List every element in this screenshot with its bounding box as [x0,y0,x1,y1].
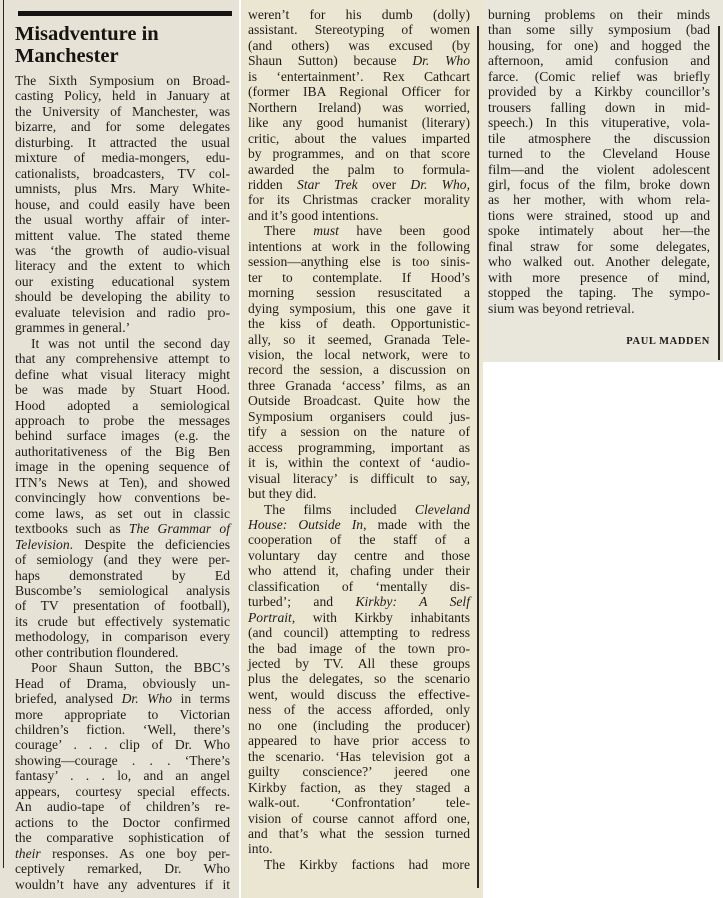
text-line: approach to probe the messages [15,413,230,428]
article-column-1: The Sixth Symposium on Broad-casting Pol… [15,73,230,892]
text-line: sium was beyond retrieval. [488,301,710,316]
text-line: An audio-tape of children’s re- [15,799,230,814]
text-line: jected by TV. All these groups [248,656,470,671]
text-line: assistant. Stereotyping of women [248,22,470,37]
paragraph: It was not until the second daythat any … [15,336,230,661]
text-line: ness of the access afforded, only [248,702,470,717]
text-line: appeared to have prior access to [248,733,470,748]
text-line: of TV presentation of football), [15,598,230,613]
text-line: the University of Manchester, was [15,104,230,119]
text-line: Buscombe’s semiological analysis [15,583,230,598]
text-line: stopped the taping. The sympo- [488,285,710,300]
text-line: but they did. [248,486,470,501]
text-line: Hood adopted a semiological [15,398,230,413]
text-line: vision of course cannot afford one, [248,811,470,826]
text-line: ter to contemplate. If Hood’s [248,270,470,285]
text-line: casting Policy, held in January at [15,88,230,103]
text-line: weren’t for his dumb (dolly) [248,7,470,22]
text-line: cationalists, broadcasters, TV col- [15,166,230,181]
headline-top-rule [18,11,232,16]
text-line: Head of Drama, obviously un- [15,676,230,691]
text-line: disturbing. It attracted the usual [15,135,230,150]
text-line: with more presence of mind, [488,270,710,285]
text-line: (and council) attempting to redress [248,625,470,640]
text-line: the usual worthy affair of inter- [15,212,230,227]
text-line: as her mother, with whom rela- [488,192,710,207]
paragraph: There must have been goodintentions at w… [248,223,470,501]
text-line: vision, the local network, were to [248,347,470,362]
text-line: evaluate television and radio pro- [15,305,230,320]
text-line: (and others) was excused (by [248,38,470,53]
text-line: ridden Star Trek over Dr. Who, [248,177,470,192]
text-line: Portrait, with Kirkby inhabitants [248,610,470,625]
text-line: actions to the Doctor confirmed [15,815,230,830]
text-line: define what visual literacy might [15,367,230,382]
text-line: than some silly symposium (bad [488,22,710,37]
text-line: mixture of media-mongers, edu- [15,150,230,165]
article-byline: PAUL MADDEN [488,336,710,347]
text-line: its crude but effectively systematic [15,614,230,629]
paragraph: The Kirkby factions had more [248,857,470,872]
text-line: fantasy’ . . . lo, and an angel [15,768,230,783]
text-line: critic, about the values imparted [248,131,470,146]
middle-column-rule [477,26,479,888]
text-line: the comparative sophistication of [15,830,230,845]
text-line: the bad image of the town pro- [248,641,470,656]
text-line: provided by a Kirkby councillor’s [488,84,710,99]
text-line: grammes in general.’ [15,320,230,335]
text-line: other contribution floundered. [15,645,230,660]
text-line: speech.) In this vituperative, vola- [488,115,710,130]
text-line: our existing educational system [15,274,230,289]
text-line: visual literacy’ is difficult to say, [248,471,470,486]
text-line: that any comprehensive attempt to [15,351,230,366]
text-line: and it’s good intentions. [248,208,470,223]
text-line: authoritativeness of the Big Ben [15,444,230,459]
text-line: children’s fiction. ‘Well, there’s [15,722,230,737]
text-line: ally, so it seemed, Granada Tele- [248,332,470,347]
text-line: wouldn’t have any adventures if it [15,877,230,892]
paragraph: weren’t for his dumb (dolly)assistant. S… [248,7,470,223]
text-line: cooperation of the staff of a [248,532,470,547]
text-line: by programmes, and on that score [248,146,470,161]
text-line: Northern Ireland) was worried, [248,100,470,115]
text-line: turned to the Cleveland House [488,146,710,161]
text-line: like any good humanist (literary) [248,115,470,130]
text-line: house, and could easily have been [15,197,230,212]
text-line: courage’ . . . clip of Dr. Who [15,737,230,752]
text-line: image in the opening sequence of [15,459,230,474]
text-line: was ‘the growth of audio-visual [15,243,230,258]
text-line: who walked out. Another delegate, [488,254,710,269]
text-line: (former IBA Regional Officer for [248,84,470,99]
text-line: The Sixth Symposium on Broad- [15,73,230,88]
text-line: tile atmosphere the discussion [488,131,710,146]
paragraph: Poor Shaun Sutton, the BBC’sHead of Dram… [15,660,230,892]
text-line: farce. (Comic relief was briefly [488,69,710,84]
text-line: textbooks such as The Grammar of [15,521,230,536]
text-line: The Kirkby factions had more [248,857,470,872]
left-column-rule [3,0,4,868]
paragraph: burning problems on their mindsthan some… [488,7,710,316]
paragraph: The films included ClevelandHouse: Outsi… [248,502,470,857]
text-line: briefed, analysed Dr. Who in terms [15,691,230,706]
article-headline: Misadventure in Manchester [15,23,235,67]
text-line: their responses. As one boy per- [15,846,230,861]
article-column-3: burning problems on their mindsthan some… [488,7,710,316]
text-line: House: Outside In, made with the [248,517,470,532]
text-line: the kiss of death. Opportunistic- [248,316,470,331]
text-line: come laws, as set out in classic [15,506,230,521]
text-line: It was not until the second day [15,336,230,351]
text-line: Poor Shaun Sutton, the BBC’s [15,660,230,675]
text-line: convincingly how conventions be- [15,490,230,505]
text-line: three Granada ‘access’ films, as an [248,378,470,393]
text-line: for its Christmas cracker morality [248,192,470,207]
article-column-2: weren’t for his dumb (dolly)assistant. S… [248,7,470,872]
text-line: be was made by Stuart Hood. [15,382,230,397]
text-line: Outside Broadcast. Quite how the [248,393,470,408]
text-line: Shaun Sutton) because Dr. Who [248,53,470,68]
text-line: spoke intimately about her—the [488,223,710,238]
text-line: The films included Cleveland [248,502,470,517]
text-line: session—anything else is too sinis- [248,254,470,269]
text-line: burning problems on their minds [488,7,710,22]
text-line: literacy and the extent to which [15,258,230,273]
text-line: is ‘entertainment’. Rex Cathcart [248,69,470,84]
paragraph: The Sixth Symposium on Broad-casting Pol… [15,73,230,336]
text-line: ceptively remarked, Dr. Who [15,861,230,876]
text-line: appears, courtesy special effects. [15,784,230,799]
text-line: morning session resuscitated a [248,285,470,300]
text-line: it is, within the context of ‘audio- [248,455,470,470]
text-line: housing, for one) and hogged the [488,38,710,53]
text-line: went, would discuss the effective- [248,687,470,702]
text-line: who attend it, chafing under their [248,563,470,578]
text-line: umnists, plus Mrs. Mary White- [15,181,230,196]
text-line: Television. Despite the deficiencies [15,537,230,552]
text-line: Kirkby faction, as they staged a [248,780,470,795]
text-line: record the session, a discussion on [248,362,470,377]
text-line: tions were strained, stood up and [488,208,710,223]
text-line: tify a session on the nature of [248,424,470,439]
text-line: awarded the palm to formula- [248,162,470,177]
text-line: bizarre, and for some delegates [15,119,230,134]
text-line: trousers falling down in mid- [488,100,710,115]
right-column-rule [718,26,720,360]
text-line: final straw for some delegates, [488,239,710,254]
text-line: There must have been good [248,223,470,238]
text-line: film—and the violent adolescent [488,162,710,177]
text-line: intentions at work in the following [248,239,470,254]
text-line: should be developing the ability to [15,289,230,304]
text-line: showing—courage . . . ‘There’s [15,753,230,768]
text-line: plus the delegates, so the scenario [248,671,470,686]
text-line: and that’s what the session turned [248,826,470,841]
text-line: girl, focus of the film, broke down [488,177,710,192]
text-line: voluntary day centre and those [248,548,470,563]
text-line: haps demonstrated by Ed [15,568,230,583]
text-line: turbed’; and Kirkby: A Self [248,594,470,609]
text-line: mittent value. The stated theme [15,228,230,243]
text-line: classification of ‘mentally dis- [248,579,470,594]
text-line: methodology, in comparison every [15,629,230,644]
text-line: guilty conscience?’ jeered one [248,764,470,779]
text-line: walk-out. ‘Confrontation’ tele- [248,795,470,810]
text-line: more appropriate to Victorian [15,707,230,722]
text-line: dying symposium, this one gave it [248,301,470,316]
text-line: access programming, important as [248,440,470,455]
text-line: no one (including the producer) [248,718,470,733]
text-line: behind surface images (e.g. the [15,428,230,443]
text-line: the scenario. ‘Has television got a [248,749,470,764]
text-line: Symposium organisers could jus- [248,409,470,424]
text-line: ITN’s News at Ten), and showed [15,475,230,490]
text-line: into. [248,841,470,856]
text-line: afternoon, amid confusion and [488,53,710,68]
text-line: of semiology (and they were per- [15,552,230,567]
